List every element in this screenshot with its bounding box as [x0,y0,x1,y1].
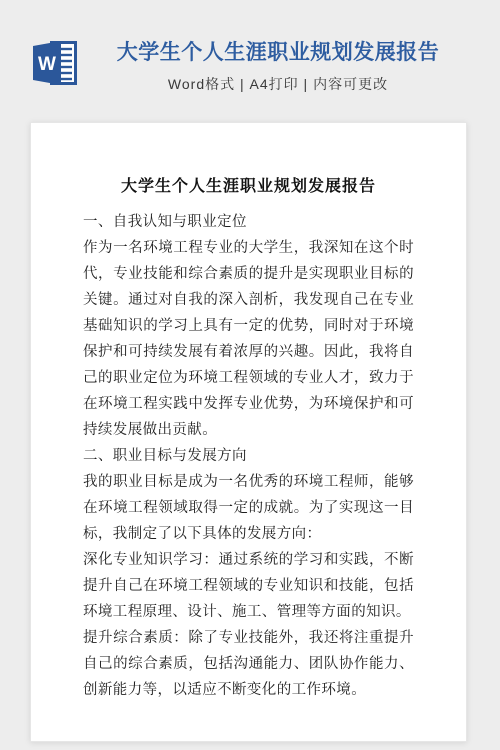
document-body: 大学生个人生涯职业规划发展报告 一、自我认知与职业定位 作为一名环境工程专业的大… [83,175,414,703]
template-format-subtitle: Word格式 | A4打印 | 内容可更改 [56,74,500,94]
section-1-paragraph-1: 作为一名环境工程专业的大学生，我深知在这个时代，专业技能和综合素质的提升是实现职… [83,235,414,443]
header-text-block: 大学生个人生涯职业规划发展报告 Word格式 | A4打印 | 内容可更改 [56,40,500,94]
header: W 大学生个人生涯职业规划发展报告 Word格式 | A4打印 | 内容可更改 [0,0,500,122]
document-page: 大学生个人生涯职业规划发展报告 一、自我认知与职业定位 作为一名环境工程专业的大… [30,122,467,742]
section-2-paragraph-2: 深化专业知识学习：通过系统的学习和实践，不断提升自己在环境工程领域的专业知识和技… [83,547,414,625]
section-heading-1: 一、自我认知与职业定位 [83,209,414,235]
section-2-paragraph-3: 提升综合素质：除了专业技能外，我还将注重提升自己的综合素质，包括沟通能力、团队协… [83,625,414,703]
section-2-paragraph-1: 我的职业目标是成为一名优秀的环境工程师，能够在环境工程领域取得一定的成就。为了实… [83,469,414,547]
section-heading-2: 二、职业目标与发展方向 [83,443,414,469]
document-title: 大学生个人生涯职业规划发展报告 [83,175,414,199]
word-icon-letter: W [38,54,56,75]
template-title: 大学生个人生涯职业规划发展报告 [56,40,500,66]
